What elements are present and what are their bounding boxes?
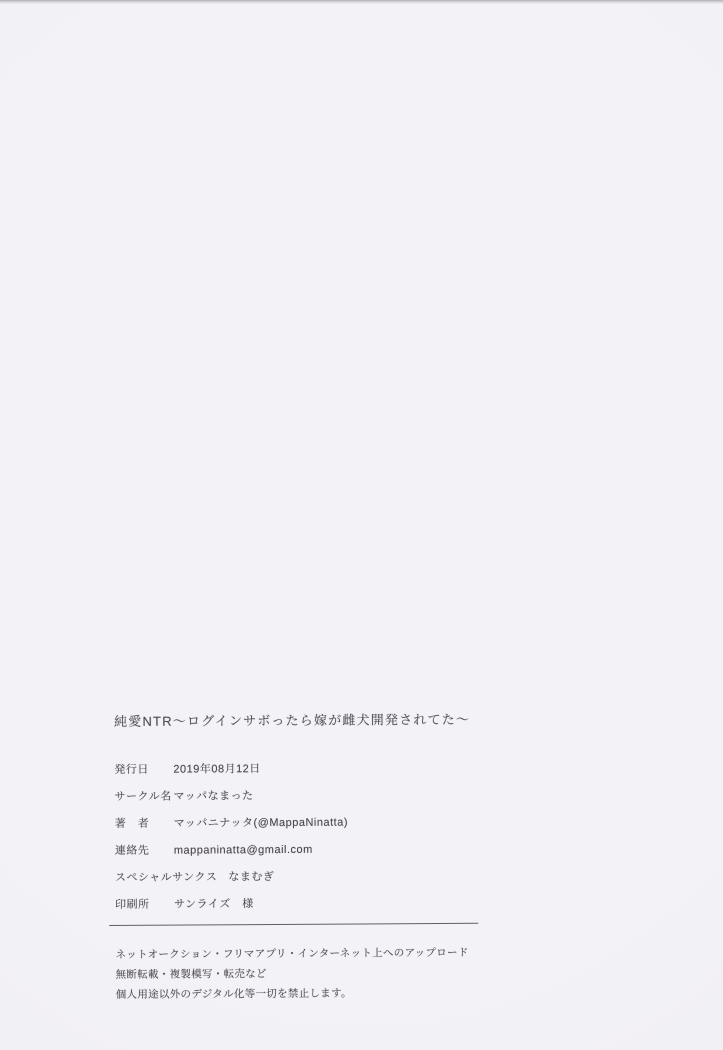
circle-name-label: サークル名 (114, 790, 173, 804)
scan-edge-top (0, 0, 723, 4)
colophon-row-author: 著 者 マッパニナッタ(@MappaNinatta) (115, 814, 655, 831)
printer-value: サンライズ 様 (174, 897, 254, 911)
colophon-block: 純愛NTR～ログインサボったら嫁が雌犬開発されてた～ 発行日 2019年08月1… (114, 711, 656, 1005)
colophon-row-printer: 印刷所 サンライズ 様 (115, 895, 655, 912)
book-title: 純愛NTR～ログインサボったら嫁が雌犬開発されてた～ (114, 711, 654, 730)
author-label: 著 者 (115, 817, 174, 831)
divider-rule (109, 923, 478, 926)
colophon-row-special-thanks: スペシャルサンクス なまむぎ (115, 868, 655, 885)
circle-name-value: マッパなまった (173, 789, 253, 803)
special-thanks-value: なまむぎ (228, 870, 274, 884)
scanned-colophon-page: 純愛NTR～ログインサボったら嫁が雌犬開発されてた～ 発行日 2019年08月1… (0, 0, 723, 1050)
colophon-row-contact: 連絡先 mappaninatta@gmail.com (115, 841, 655, 858)
publish-date-value: 2019年08月12日 (173, 762, 261, 777)
colophon-row-publish-date: 発行日 2019年08月12日 (114, 760, 654, 777)
author-value: マッパニナッタ(@MappaNinatta) (174, 816, 348, 831)
prohibition-notice: ネットオークション・フリマアプリ・インターネット上へのアップロード 無断転載・複… (115, 942, 655, 1005)
contact-email-value: mappaninatta@gmail.com (174, 843, 313, 858)
printer-label: 印刷所 (115, 898, 174, 912)
contact-label: 連絡先 (115, 844, 174, 858)
publish-date-label: 発行日 (114, 763, 173, 777)
colophon-row-circle-name: サークル名 マッパなまった (114, 787, 654, 804)
notice-line-digital-ban: 個人用途以外のデジタル化等一切を禁止します。 (116, 982, 656, 1005)
colophon-rows: 発行日 2019年08月12日 サークル名 マッパなまった 著 者 マッパニナッ… (114, 760, 655, 912)
special-thanks-label: スペシャルサンクス (115, 870, 217, 885)
